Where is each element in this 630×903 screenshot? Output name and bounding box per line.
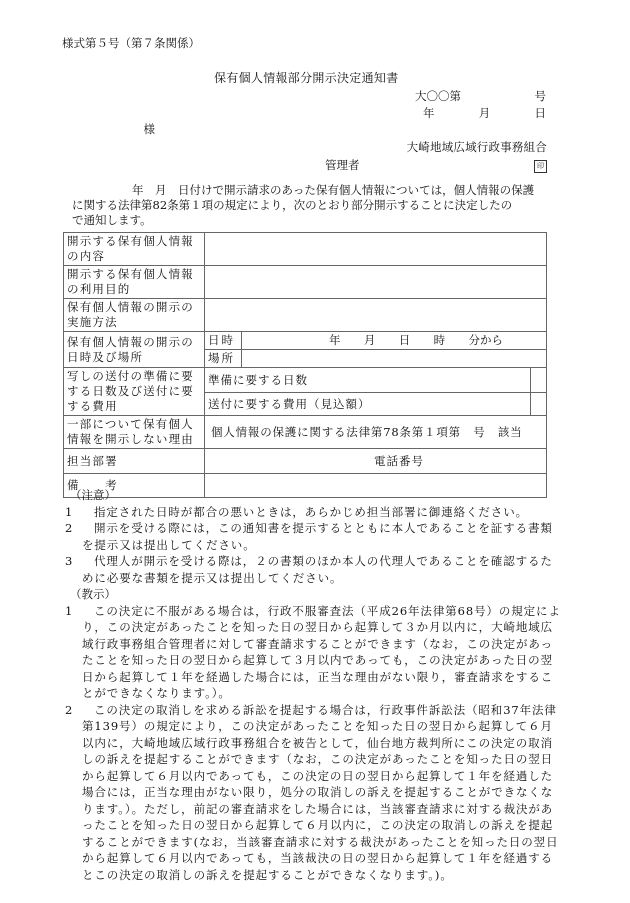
instruction-text: この決定の取消しを求める訴訟を提起する場合は，行政事件訴訟法（昭和37年法律第1… <box>70 702 562 884</box>
dt-minute: 分から <box>469 333 504 348</box>
reference-suffix: 号 <box>535 91 547 103</box>
instruction-text: この決定に不服がある場合は，行政不服審査法（平成26年法律第68号）の規定により… <box>70 603 562 702</box>
row-label: 保有個人情報の開示の日時及び場所 <box>64 332 205 368</box>
table-row: 開示する保有個人情報の内容 <box>64 233 547 266</box>
info-content-field[interactable] <box>205 233 547 266</box>
table-row: 写しの送付の準備に要する日数及び送付に要する費用 準備に要する日数 <box>64 368 547 393</box>
row-label: 開示する保有個人情報の利用目的 <box>64 266 205 299</box>
note-text: 指定された日時が都合の悪いときは，あらかじめ担当部署に御連絡ください。 <box>82 504 562 521</box>
note-item: 2 開示を受ける際には，この通知書を提示するとともに本人であることを証する書類を… <box>62 520 562 553</box>
table-row: 担当部署 電話番号 <box>64 449 547 474</box>
dt-year: 年 <box>329 333 341 348</box>
notice-table: 開示する保有個人情報の内容 開示する保有個人情報の利用目的 保有個人情報の開示の… <box>63 232 547 498</box>
dt-hour: 時 <box>434 333 446 348</box>
datetime-field[interactable]: 年 月 日 時 分から <box>242 332 547 350</box>
row-label: 開示する保有個人情報の内容 <box>64 233 205 266</box>
date-year: 年 <box>423 108 435 120</box>
instruction-item: 1 この決定に不服がある場合は，行政不服審査法（平成26年法律第68号）の規定に… <box>62 603 562 702</box>
notes-title: （注意） <box>62 487 562 504</box>
phone-label: 電話番号 <box>374 454 424 468</box>
note-text: 代理人が開示を受ける際は，２の書類のほか本人の代理人であることを確認するために必… <box>70 553 562 586</box>
document-title: 保有個人情報部分開示決定通知書 <box>214 72 399 84</box>
intro-paragraph: 年 月 日付けで開示請求のあった保有個人情報については，個人情報の保護 に関する… <box>62 183 552 228</box>
table-row: 開示する保有個人情報の利用目的 <box>64 266 547 299</box>
prep-days-label: 準備に要する日数 <box>205 368 531 393</box>
head-title: 管理者 <box>325 160 360 173</box>
intro-line-2: に関する法律第82条第１項の規定により，次のとおり部分開示することに決定したの <box>62 198 552 213</box>
prep-days-field[interactable] <box>531 368 547 393</box>
date-month: 月 <box>479 108 491 120</box>
date-day: 日 <box>535 108 547 120</box>
seal-icon: 印 <box>534 160 547 173</box>
note-item: 1 指定された日時が都合の悪いときは，あらかじめ担当部署に御連絡ください。 <box>62 504 562 521</box>
form-number: 様式第５号（第７条関係） <box>62 38 200 50</box>
addressee: 様 <box>115 124 155 136</box>
issue-date: 年 月 日 <box>423 108 546 120</box>
place-field[interactable] <box>242 350 547 368</box>
instruction-item: 2 この決定の取消しを求める訴訟を提起する場合は，行政事件訴訟法（昭和37年法律… <box>62 702 562 884</box>
dt-day: 日 <box>399 333 411 348</box>
reference-number: 大〇〇第 号 <box>415 91 546 103</box>
organization-head: 管理者 印 <box>325 160 547 173</box>
table-row: 一部について保有個人情報を開示しない理由 個人情報の保護に関する法律第78条第１… <box>64 416 547 449</box>
row-label: 一部について保有個人情報を開示しない理由 <box>64 416 205 449</box>
cost-label: 送付に要する費用（見込額） <box>205 393 531 416</box>
table-row: 保有個人情報の開示の日時及び場所 日時 年 月 日 時 分から <box>64 332 547 350</box>
note-text: 開示を受ける際には，この通知書を提示するとともに本人であることを証する書類を提示… <box>70 520 562 553</box>
dt-month: 月 <box>364 333 376 348</box>
instructions-title: （教示） <box>62 586 562 603</box>
place-label: 場所 <box>205 350 242 368</box>
datetime-label: 日時 <box>205 332 242 350</box>
intro-line-3: で通知します。 <box>62 213 552 228</box>
reference-prefix: 大〇〇第 <box>415 91 461 103</box>
method-field[interactable] <box>205 299 547 332</box>
phone-field[interactable]: 電話番号 <box>205 449 547 474</box>
department-label: 担当部署 <box>64 449 205 474</box>
intro-line-1: 年 月 日付けで開示請求のあった保有個人情報については，個人情報の保護 <box>62 183 552 198</box>
usage-purpose-field[interactable] <box>205 266 547 299</box>
table-row: 保有個人情報の開示の実施方法 <box>64 299 547 332</box>
cost-field[interactable] <box>531 393 547 416</box>
notes-section: （注意） 1 指定された日時が都合の悪いときは，あらかじめ担当部署に御連絡くださ… <box>62 487 562 883</box>
note-number: 1 <box>62 504 82 521</box>
row-label: 保有個人情報の開示の実施方法 <box>64 299 205 332</box>
note-item: 3 代理人が開示を受ける際は，２の書類のほか本人の代理人であることを確認するため… <box>62 553 562 586</box>
reason-field[interactable]: 個人情報の保護に関する法律第78条第１項第 号 該当 <box>205 416 547 449</box>
row-label: 写しの送付の準備に要する日数及び送付に要する費用 <box>64 368 205 416</box>
organization-name: 大崎地域広域行政事務組合 <box>325 142 547 154</box>
